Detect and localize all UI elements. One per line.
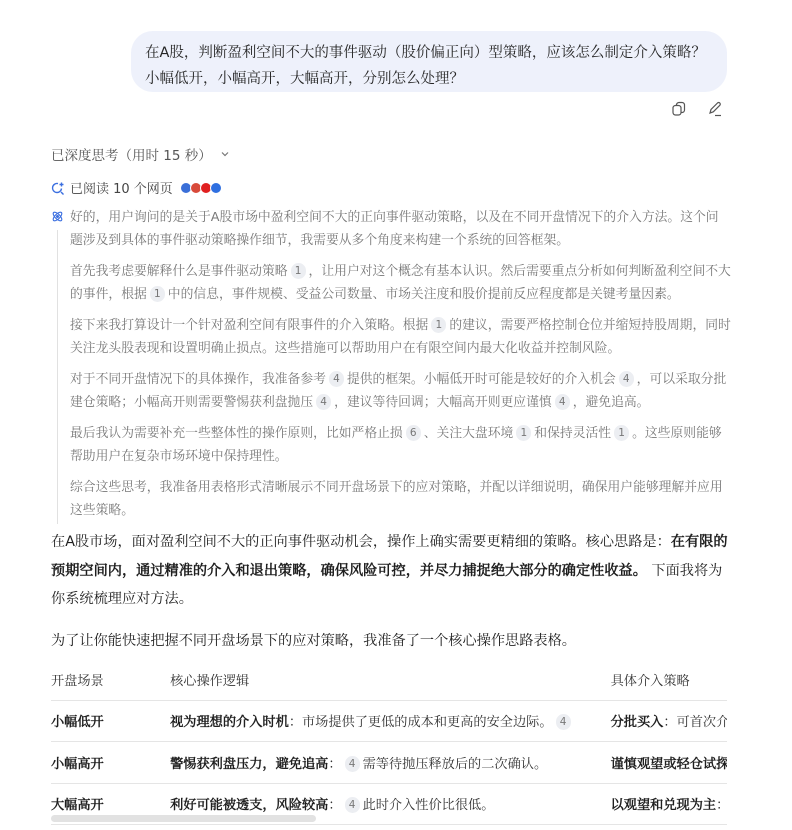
strategy-bold: 谨慎观望或轻仓试探 bbox=[611, 757, 727, 772]
strategy-table: 开盘场景 核心操作逻辑 具体介入策略 小幅低开视为理想的介入时机：市场提供了更低… bbox=[51, 660, 727, 825]
cell-logic: 视为理想的介入时机：市场提供了更低的成本和更高的安全边际。4 bbox=[170, 700, 610, 742]
logic-text: 市场提供了更低的成本和更高的安全边际。 bbox=[302, 715, 553, 730]
table-header-row: 开盘场景 核心操作逻辑 具体介入策略 bbox=[51, 660, 727, 700]
logic-bold: 视为理想的介入时机 bbox=[170, 715, 289, 730]
cell-strategy: 分批买入：可首次介 bbox=[611, 700, 727, 742]
thinking-paragraph: 最后我认为需要补充一些整体性的操作原则，比如严格止损6、关注大盘环境1和保持灵活… bbox=[70, 422, 731, 468]
thinking-paragraph: 对于不同开盘情况下的具体操作，我准备参考4提供的框架。小幅低开时可能是较好的介入… bbox=[70, 368, 731, 414]
logic-text: 需等待抛压释放后的二次确认。 bbox=[363, 757, 548, 772]
edit-icon[interactable] bbox=[706, 100, 724, 118]
thinking-process: 好的，用户询问的是关于A股市场中盈利空间不大的正向事件驱动策略，以及在不同开盘情… bbox=[51, 206, 731, 530]
citation-badge[interactable]: 1 bbox=[614, 425, 629, 441]
citation-badge[interactable]: 1 bbox=[291, 263, 306, 279]
thinking-text: 和保持灵活性 bbox=[534, 426, 611, 441]
thinking-text: ，建议等待回调；大幅高开则更应谨慎 bbox=[334, 395, 552, 410]
thinking-text: 、关注大盘环境 bbox=[424, 426, 514, 441]
thinking-text: 对于不同开盘情况下的具体操作，我准备参考 bbox=[70, 372, 326, 387]
thinking-text: 最后我认为需要补充一些整体性的操作原则，比如严格止损 bbox=[70, 426, 403, 441]
thinking-text: 好的，用户询问的是关于A股市场中盈利空间不大的正向事件驱动策略，以及在不同开盘情… bbox=[70, 210, 719, 248]
header-logic: 核心操作逻辑 bbox=[170, 660, 610, 700]
source-favicons bbox=[182, 182, 222, 194]
strategy-text: ：可首次介 bbox=[663, 715, 727, 730]
thinking-text: ，避免追高。 bbox=[573, 395, 650, 410]
header-strategy: 具体介入策略 bbox=[611, 660, 727, 700]
answer-body: 在A股市场，面对盈利空间不大的正向事件驱动机会，操作上确实需要更精细的策略。核心… bbox=[51, 528, 731, 655]
logic-sep: ： bbox=[289, 715, 302, 730]
header-scene: 开盘场景 bbox=[51, 660, 170, 700]
logic-sep: ： bbox=[328, 798, 341, 813]
read-webpages-label: 已阅读 10 个网页 bbox=[70, 178, 173, 197]
read-webpages-button[interactable]: 已阅读 10 个网页 bbox=[51, 178, 222, 197]
thinking-paragraph: 综合这些思考，我准备用表格形式清晰展示不同开盘场景下的应对策略，并配以详细说明，… bbox=[70, 476, 731, 522]
thinking-text: 接下来我打算设计一个针对盈利空间有限事件的介入策略。根据 bbox=[70, 318, 428, 333]
logic-text: 此时介入性价比很低。 bbox=[363, 798, 495, 813]
citation-badge[interactable]: 4 bbox=[556, 714, 571, 730]
logic-bold: 利好可能被透支，风险较高 bbox=[170, 798, 328, 813]
thinking-paragraph: 好的，用户询问的是关于A股市场中盈利空间不大的正向事件驱动策略，以及在不同开盘情… bbox=[70, 206, 731, 252]
strategy-bold: 分批买入 bbox=[611, 715, 664, 730]
copy-icon[interactable] bbox=[670, 100, 688, 118]
user-message-line-1: 在A股，判断盈利空间不大的事件驱动（股价偏正向）型策略，应该怎么制定介入策略？ bbox=[145, 40, 713, 66]
answer-intro: 在A股市场，面对盈利空间不大的正向事件驱动机会，操作上确实需要更精细的策略。核心… bbox=[51, 528, 731, 614]
deep-thinking-label: 已深度思考（用时 15 秒） bbox=[51, 144, 212, 164]
search-sparkle-icon bbox=[51, 181, 65, 195]
table-row: 小幅高开警惕获利盘压力，避免追高：4需等待抛压释放后的二次确认。谨慎观望或轻仓试… bbox=[51, 742, 727, 784]
chevron-down-icon bbox=[220, 149, 230, 159]
deepthink-atom-icon bbox=[51, 210, 64, 223]
cell-scene: 小幅低开 bbox=[51, 700, 170, 742]
cell-logic: 警惕获利盘压力，避免追高：4需等待抛压释放后的二次确认。 bbox=[170, 742, 610, 784]
citation-badge[interactable]: 1 bbox=[150, 286, 165, 302]
cell-strategy: 谨慎观望或轻仓试探 bbox=[611, 742, 727, 784]
deep-thinking-toggle[interactable]: 已深度思考（用时 15 秒） bbox=[51, 144, 230, 164]
strategy-bold: 以观望和兑现为主 bbox=[611, 798, 717, 813]
user-message-bubble: 在A股，判断盈利空间不大的事件驱动（股价偏正向）型策略，应该怎么制定介入策略？ … bbox=[131, 31, 727, 92]
thinking-paragraph: 接下来我打算设计一个针对盈利空间有限事件的介入策略。根据1的建议，需要严格控制仓… bbox=[70, 314, 731, 360]
thinking-text: 提供的框架。小幅低开时可能是较好的介入机会 bbox=[347, 372, 616, 387]
answer-table-intro: 为了让你能快速把握不同开盘场景下的应对策略，我准备了一个核心操作思路表格。 bbox=[51, 627, 731, 656]
strategy-table-container[interactable]: 开盘场景 核心操作逻辑 具体介入策略 小幅低开视为理想的介入时机：市场提供了更低… bbox=[51, 660, 727, 830]
cell-strategy: 以观望和兑现为主： bbox=[611, 783, 727, 825]
citation-badge[interactable]: 1 bbox=[431, 317, 446, 333]
citation-badge[interactable]: 4 bbox=[619, 371, 634, 387]
strategy-text: ： bbox=[716, 798, 727, 813]
thinking-rail bbox=[57, 230, 58, 524]
citation-badge[interactable]: 4 bbox=[555, 394, 570, 410]
logic-sep: ： bbox=[328, 757, 341, 772]
citation-badge[interactable]: 4 bbox=[345, 756, 360, 772]
table-horizontal-scrollbar[interactable] bbox=[51, 815, 316, 822]
logic-bold: 警惕获利盘压力，避免追高 bbox=[170, 757, 328, 772]
favicon-icon bbox=[210, 182, 222, 194]
table-row: 小幅低开视为理想的介入时机：市场提供了更低的成本和更高的安全边际。4分批买入：可… bbox=[51, 700, 727, 742]
thinking-text: 首先我考虑要解释什么是事件驱动策略 bbox=[70, 264, 288, 279]
user-message-actions bbox=[670, 100, 724, 118]
thinking-text: 中的信息，事件规模、受益公司数量、市场关注度和股价提前反应程度都是关键考量因素。 bbox=[168, 287, 680, 302]
citation-badge[interactable]: 4 bbox=[345, 797, 360, 813]
citation-badge[interactable]: 1 bbox=[516, 425, 531, 441]
thinking-text: 综合这些思考，我准备用表格形式清晰展示不同开盘场景下的应对策略，并配以详细说明，… bbox=[70, 480, 723, 518]
thinking-paragraph: 首先我考虑要解释什么是事件驱动策略1，让用户对这个概念有基本认识。然后需要重点分… bbox=[70, 260, 731, 306]
citation-badge[interactable]: 4 bbox=[316, 394, 331, 410]
citation-badge[interactable]: 6 bbox=[406, 425, 421, 441]
user-message-line-2: 小幅低开，小幅高开，大幅高开，分别怎么处理？ bbox=[145, 66, 713, 92]
cell-scene: 小幅高开 bbox=[51, 742, 170, 784]
citation-badge[interactable]: 4 bbox=[329, 371, 344, 387]
